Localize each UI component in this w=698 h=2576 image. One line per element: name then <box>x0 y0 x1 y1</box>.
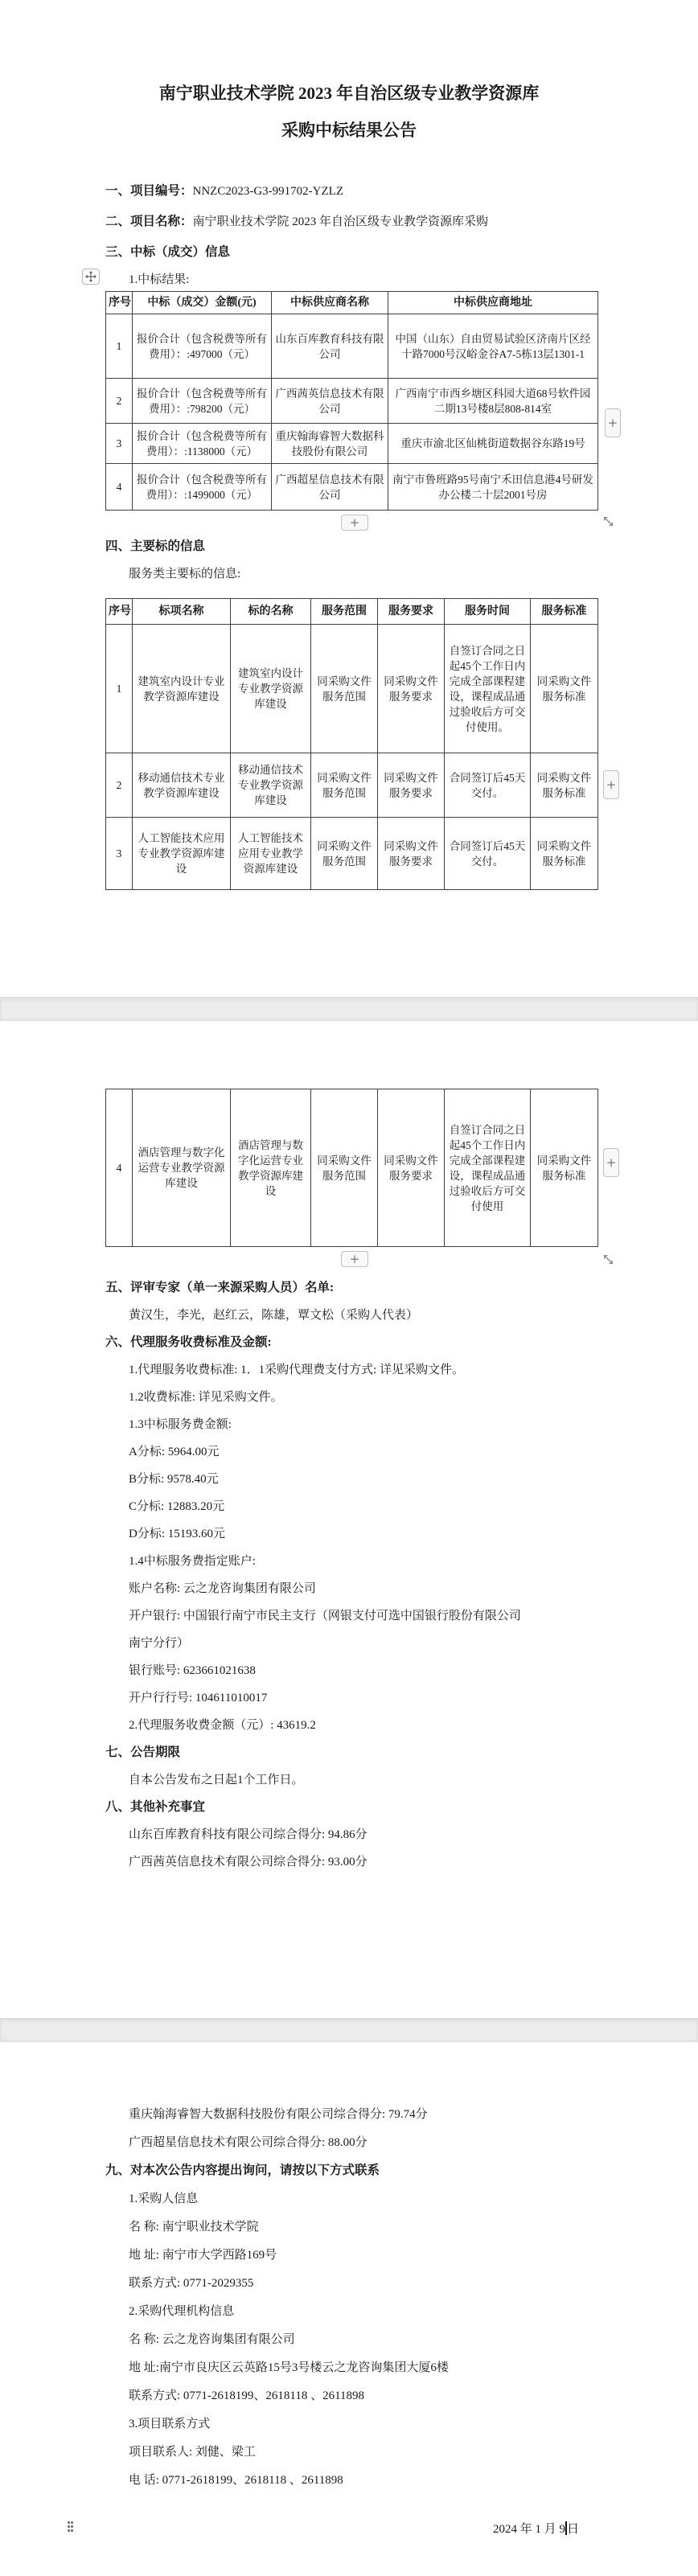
cell-address: 中国（山东）自由贸易试验区济南片区经十路7000号汉峪金谷A7-5栋13层130… <box>388 314 598 379</box>
header-cell-scope: 服务范围 <box>311 599 378 625</box>
page-1: 南宁职业技术学院 2023 年自治区级专业教学资源库 采购中标结果公告 一、项目… <box>0 0 698 997</box>
bank-line1: 开户银行: 中国银行南宁市民主支行（网银支付可选中国银行股份有限公司 <box>129 1608 521 1624</box>
cell-subject: 酒店管理与数字化运营专业教学资源库建设 <box>231 1089 311 1247</box>
insert-column-button[interactable]: + <box>603 770 619 799</box>
section6-heading: 六、代理服务收费标准及金额: <box>105 1335 272 1351</box>
account-heading: 1.4中标服务费指定账户: <box>129 1553 256 1569</box>
cell-item: 酒店管理与数字化运营专业教学资源库建设 <box>133 1089 231 1247</box>
agency-info-heading: 2.采购代理机构信息 <box>129 2303 234 2320</box>
table-row: 2 报价合计（包含税费等所有费用）：:798200（元） 广西茜英信息技术有限公… <box>106 379 598 424</box>
cell-standard: 同采购文件服务标准 <box>531 1089 598 1247</box>
cell-requirement: 同采购文件服务要求 <box>378 818 445 890</box>
page-break-band <box>0 997 698 1023</box>
date-prefix: 2024 年 1 月 9 <box>493 2520 565 2537</box>
plus-icon: + <box>350 515 360 530</box>
service-info-table: 序号 标项名称 标的名称 服务范围 服务要求 服务时间 服务标准 1 建筑室内设… <box>105 598 598 890</box>
header-cell-no: 序号 <box>106 599 133 625</box>
section8-heading: 八、其他补充事宜 <box>105 1799 205 1815</box>
date-suffix: 日 <box>567 2520 579 2537</box>
cell-scope: 同采购文件服务范围 <box>311 1089 378 1247</box>
doc-title-line2: 采购中标结果公告 <box>0 117 698 142</box>
cell-subject: 移动通信技术专业教学资源库建设 <box>231 753 311 818</box>
page-2: 4 酒店管理与数字化运营专业教学资源库建设 酒店管理与数字化运营专业教学资源库建… <box>0 1021 698 2018</box>
lot-d-fee: D分标: 15193.60元 <box>129 1526 225 1542</box>
purchaser-info-heading: 1.采购人信息 <box>129 2191 198 2207</box>
section4-heading: 四、主要标的信息 <box>105 539 205 555</box>
cell-address: 南宁市鲁班路95号南宁禾田信息港4号研发办公楼二十层2001号房 <box>388 464 598 511</box>
expert-names: 黄汉生，李光，赵红云，陈雄，覃文松（采购人代表） <box>129 1307 418 1323</box>
cell-no: 1 <box>106 625 133 753</box>
header-cell-no: 序号 <box>106 292 133 314</box>
table-row: 3 人工智能技术应用专业教学资源库建设 人工智能技术应用专业教学资源库建设 同采… <box>106 818 598 890</box>
insert-row-button[interactable]: + <box>341 1251 368 1267</box>
cell-no: 3 <box>106 424 133 464</box>
project-name-line: 二、项目名称：南宁职业技术学院 2023 年自治区级专业教学资源库采购 <box>105 214 488 230</box>
cell-scope: 同采购文件服务范围 <box>311 753 378 818</box>
diagonal-resize-icon <box>602 515 614 527</box>
cell-standard: 同采购文件服务标准 <box>531 818 598 890</box>
table-row: 1 建筑室内设计专业教学资源库建设 建筑室内设计专业教学资源库建设 同采购文件服… <box>106 625 598 753</box>
document-editor-canvas: { "title": { "line1": "南宁职业技术学院 2023 年自治… <box>0 0 698 2576</box>
cell-item: 建筑室内设计专业教学资源库建设 <box>133 625 231 753</box>
plus-icon: + <box>606 777 617 792</box>
cell-no: 3 <box>106 818 133 890</box>
cell-requirement: 同采购文件服务要求 <box>378 625 445 753</box>
header-cell-address: 中标供应商地址 <box>388 292 598 314</box>
cell-scope: 同采购文件服务范围 <box>311 625 378 753</box>
cell-time: 合同签订后45天交付。 <box>445 818 531 890</box>
header-cell-standard: 服务标准 <box>531 599 598 625</box>
section7-heading: 七、公告期限 <box>105 1745 180 1761</box>
cell-no: 4 <box>106 464 133 511</box>
cell-time: 自签订合同之日起45个工作日内完成全部课程建设，课程成品通过验收后方可交付使用 <box>445 1089 531 1247</box>
cell-amount: 报价合计（包含税费等所有费用）：:1499000（元） <box>133 464 272 511</box>
table-header-row: 序号 标项名称 标的名称 服务范围 服务要求 服务时间 服务标准 <box>106 599 598 625</box>
cell-amount: 报价合计（包含税费等所有费用）：:1138000（元） <box>133 424 272 464</box>
project-contact-phone: 电 话: 0771-2618199、2618118 、2611898 <box>129 2472 343 2488</box>
table-row: 4 酒店管理与数字化运营专业教学资源库建设 酒店管理与数字化运营专业教学资源库建… <box>106 1089 598 1247</box>
header-cell-amount: 中标（成交）金额(元) <box>133 292 272 314</box>
header-cell-supplier: 中标供应商名称 <box>272 292 388 314</box>
cell-standard: 同采购文件服务标准 <box>531 625 598 753</box>
cell-address: 重庆市渝北区仙桃街道数据谷东路19号 <box>388 424 598 464</box>
cell-supplier: 重庆翰海睿智大数据科技股份有限公司 <box>272 424 388 464</box>
insert-column-button[interactable]: + <box>603 1148 619 1177</box>
supplier-score: 山东百库教育科技有限公司综合得分: 94.86分 <box>129 1827 367 1843</box>
supplier-score: 广西超星信息技术有限公司综合得分: 88.00分 <box>129 2135 367 2151</box>
section5-heading: 五、评审专家（单一来源采购人员）名单: <box>105 1280 334 1296</box>
project-number-value: NNZC2023-G3-991702-YZLZ <box>193 185 343 198</box>
table-header-row: 序号 中标（成交）金额(元) 中标供应商名称 中标供应商地址 <box>106 292 598 314</box>
project-contact-person: 项目联系人: 刘健、梁工 <box>129 2444 256 2460</box>
cell-requirement: 同采购文件服务要求 <box>378 753 445 818</box>
cell-no: 2 <box>106 753 133 818</box>
header-cell-requirement: 服务要求 <box>378 599 445 625</box>
agency-fee-line1: 1.代理服务收费标准: 1．1采购代理费支付方式: 详见采购文件。 <box>129 1362 464 1378</box>
table-row: 1 报价合计（包含税费等所有费用）：:497000（元） 山东百库教育科技有限公… <box>106 314 598 379</box>
plus-icon: + <box>606 1155 617 1170</box>
agency-name: 名 称: 云之龙咨询集团有限公司 <box>129 2332 295 2348</box>
agency-address: 地 址:南宁市良庆区云英路15号3号楼云之龙咨询集团大厦6楼 <box>129 2360 449 2376</box>
cell-no: 1 <box>106 314 133 379</box>
project-name-label: 二、项目名称： <box>105 215 193 228</box>
bid-result-table: 序号 中标（成交）金额(元) 中标供应商名称 中标供应商地址 1 报价合计（包含… <box>105 291 598 511</box>
drag-dots-handle[interactable] <box>68 2521 77 2533</box>
cell-item: 人工智能技术应用专业教学资源库建设 <box>133 818 231 890</box>
announcement-period: 自本公告发布之日起1个工作日。 <box>129 1772 304 1788</box>
cell-address: 广西南宁市西乡塘区科园大道68号软件园二期13号楼8层808-814室 <box>388 379 598 424</box>
project-contact-heading: 3.项目联系方式 <box>129 2416 210 2432</box>
cell-subject: 建筑室内设计专业教学资源库建设 <box>231 625 311 753</box>
table-row: 3 报价合计（包含税费等所有费用）：:1138000（元） 重庆翰海睿智大数据科… <box>106 424 598 464</box>
plus-icon: + <box>608 416 618 430</box>
cell-supplier: 山东百库教育科技有限公司 <box>272 314 388 379</box>
cell-standard: 同采购文件服务标准 <box>531 753 598 818</box>
cell-time: 自签订合同之日起45个工作日内完成全部课程建设，课程成品通过验收后方可交付使用。 <box>445 625 531 753</box>
table-row: 4 报价合计（包含税费等所有费用）：:1499000（元） 广西超星信息技术有限… <box>106 464 598 511</box>
project-number-line: 一、项目编号：NNZC2023-G3-991702-YZLZ <box>105 183 343 199</box>
table-resize-handle[interactable] <box>600 513 616 529</box>
plus-icon: + <box>350 1252 360 1266</box>
cell-subject: 人工智能技术应用专业教学资源库建设 <box>231 818 311 890</box>
move-icon <box>85 271 96 282</box>
cell-time: 合同签订后45天交付。 <box>445 753 531 818</box>
account-name: 账户名称: 云之龙咨询集团有限公司 <box>129 1581 316 1597</box>
cell-amount: 报价合计（包含税费等所有费用）：:798200（元） <box>133 379 272 424</box>
doc-title-line1: 南宁职业技术学院 2023 年自治区级专业教学资源库 <box>0 80 698 105</box>
header-cell-subject: 标的名称 <box>231 599 311 625</box>
supplier-score: 重庆翰海睿智大数据科技股份有限公司综合得分: 79.74分 <box>129 2106 428 2123</box>
project-name-value: 南宁职业技术学院 2023 年自治区级专业教学资源库采购 <box>193 215 489 228</box>
cell-no: 2 <box>106 379 133 424</box>
table-row: 2 移动通信技术专业教学资源库建设 移动通信技术专业教学资源库建设 同采购文件服… <box>106 753 598 818</box>
cell-item: 移动通信技术专业教学资源库建设 <box>133 753 231 818</box>
result-intro: 1.中标结果: <box>129 272 189 288</box>
header-cell-time: 服务时间 <box>445 599 531 625</box>
table-resize-handle[interactable] <box>600 1251 616 1267</box>
project-number-label: 一、项目编号： <box>105 184 193 198</box>
table-move-handle[interactable] <box>82 269 100 285</box>
purchaser-name: 名 称: 南宁职业技术学院 <box>129 2219 259 2235</box>
cell-requirement: 同采购文件服务要求 <box>378 1089 445 1247</box>
purchaser-address: 地 址: 南宁市大学西路169号 <box>129 2247 277 2263</box>
agency-fee-line3: 1.3中标服务费金额: <box>129 1417 232 1433</box>
agency-fee-total: 2.代理服务收费金额（元）: 43619.2 <box>129 1717 316 1733</box>
section4-intro: 服务类主要标的信息: <box>129 566 240 582</box>
cell-supplier: 广西超星信息技术有限公司 <box>272 464 388 511</box>
diagonal-resize-icon <box>602 1253 614 1265</box>
lot-b-fee: B分标: 9578.40元 <box>129 1471 219 1487</box>
bank-line2: 南宁分行） <box>129 1635 189 1651</box>
lot-a-fee: A分标: 5964.00元 <box>129 1444 220 1460</box>
cell-no: 4 <box>106 1089 133 1247</box>
section9-heading: 九、对本次公告内容提出询问，请按以下方式联系 <box>105 2163 380 2179</box>
lot-c-fee: C分标: 12883.20元 <box>129 1499 224 1515</box>
bank-account-number: 银行账号: 623661021638 <box>129 1663 256 1679</box>
page-break-band <box>0 2018 698 2044</box>
bank-branch-number: 开户行行号: 104611010017 <box>129 1690 267 1706</box>
cell-amount: 报价合计（包含税费等所有费用）：:497000（元） <box>133 314 272 379</box>
insert-row-button[interactable]: + <box>341 515 368 531</box>
purchaser-contact: 联系方式: 0771-2029355 <box>129 2275 253 2291</box>
header-cell-item: 标项名称 <box>133 599 231 625</box>
section3-heading: 三、中标（成交）信息 <box>105 244 230 260</box>
cell-supplier: 广西茜英信息技术有限公司 <box>272 379 388 424</box>
agency-fee-line2: 1.2收费标准: 详见采购文件。 <box>129 1389 283 1405</box>
supplier-score: 广西茜英信息技术有限公司综合得分: 93.00分 <box>129 1854 367 1870</box>
service-info-table-continued: 4 酒店管理与数字化运营专业教学资源库建设 酒店管理与数字化运营专业教学资源库建… <box>105 1089 598 1247</box>
page-3: 重庆翰海睿智大数据科技股份有限公司综合得分: 79.74分 广西超星信息技术有限… <box>0 2042 698 2576</box>
announcement-date: 2024 年 1 月 9日 <box>493 2520 579 2537</box>
insert-column-button[interactable]: + <box>605 408 621 437</box>
cell-scope: 同采购文件服务范围 <box>311 818 378 890</box>
agency-contact: 联系方式: 0771-2618199、2618118 、2611898 <box>129 2388 364 2404</box>
